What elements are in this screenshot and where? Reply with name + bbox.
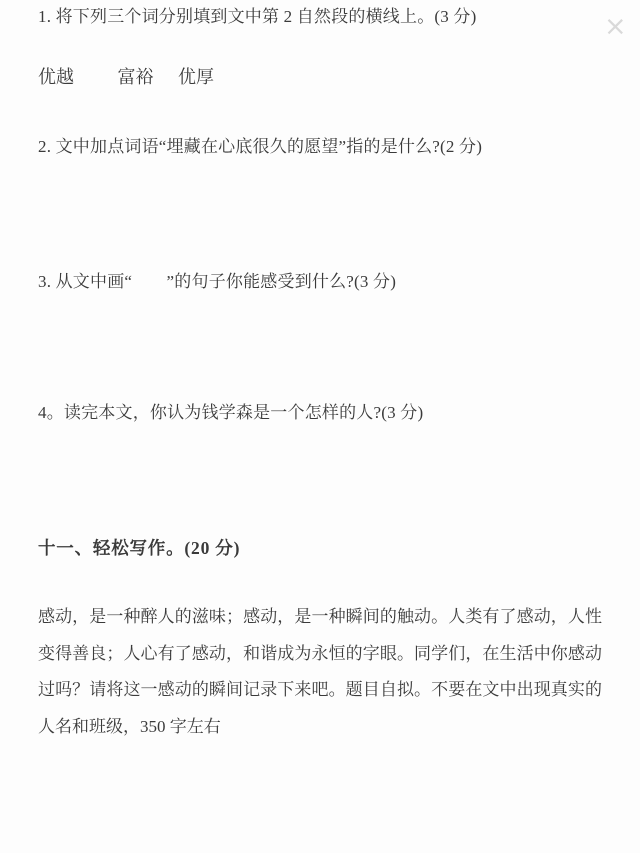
section-heading-writing: 十一、轻松写作。(20 分) <box>38 535 240 560</box>
close-icon[interactable]: × <box>604 13 627 40</box>
question-3: 3. 从文中画“ ”的句子你能感受到什么?(3 分) <box>38 271 396 293</box>
question-1: 1. 将下列三个词分别填到文中第 2 自然段的横线上。(3 分) <box>38 6 476 28</box>
essay-prompt: 感动，是一种醉人的滋味；感动，是一种瞬间的触动。人类有了感动，人性 变得善良；人… <box>38 599 602 745</box>
essay-prompt-line: 感动，是一种醉人的滋味；感动，是一种瞬间的触动。人类有了感动，人性 <box>38 599 602 636</box>
essay-prompt-line: 人名和班级，350 字左右 <box>38 709 602 746</box>
word-bank-item: 富裕 <box>118 65 154 89</box>
essay-prompt-line: 过吗？请将这一感动的瞬间记录下来吧。题目自拟。不要在文中出现真实的 <box>38 672 602 709</box>
word-bank-item: 优越 <box>38 65 74 89</box>
exam-paper-page: 1. 将下列三个词分别填到文中第 2 自然段的横线上。(3 分) 优越 富裕 优… <box>0 0 640 853</box>
word-bank: 优越 富裕 优厚 <box>38 65 214 89</box>
question-4: 4。读完本文，你认为钱学森是一个怎样的人?(3 分) <box>38 402 423 424</box>
question-2: 2. 文中加点词语“埋藏在心底很久的愿望”指的是什么?(2 分) <box>38 136 482 158</box>
essay-prompt-line: 变得善良；人心有了感动，和谐成为永恒的字眼。同学们，在生活中你感动 <box>38 636 602 673</box>
word-bank-item: 优厚 <box>178 65 214 89</box>
